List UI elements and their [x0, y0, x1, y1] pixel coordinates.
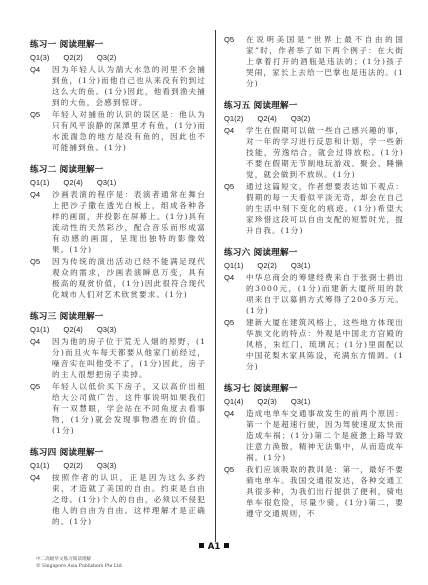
question-label: Q5 [30, 256, 52, 300]
section-title: 练习四 阅读理解一 [30, 446, 206, 458]
mcq-answer: Q3(1) [291, 261, 310, 270]
mcq-answers: Q1(1) Q2(4) Q3(3) [30, 325, 206, 334]
answer-item: Q5 因为传统的演出活动已经不能满足现代观众的需求，沙画表演瞬息万变，具有极高的… [30, 256, 206, 300]
answer-item: Q5 年轻人以低价买下房子，又以高价出租给大公司做广告，这件事说明如果我们有一双… [30, 381, 206, 436]
section-title: 练习一 阅读理解一 [30, 38, 206, 50]
question-label: Q4 [224, 125, 246, 180]
answer-text: 年轻人以低价买下房子，又以高价出租给大公司做广告，这件事说明如果我们有一双慧眼，… [52, 381, 206, 436]
section-title: 练习五 阅读理解一 [224, 99, 404, 111]
mcq-answer: Q3(3) [97, 461, 116, 470]
mcq-answer: Q1(1) [224, 261, 243, 270]
mcq-answer: Q2(4) [63, 178, 82, 187]
exercise-4-continued: Q5 在说明美国是“世界上最不自由的国家”时，作者举了如下两个例子：在大街上拿着… [224, 34, 404, 89]
square-bullet-icon [224, 543, 229, 548]
page-number: A1 [0, 542, 428, 552]
exercise-1: 练习一 阅读理解一 Q1(3) Q2(2) Q3(2) Q4 因为年轻人认为湍大… [30, 38, 206, 153]
question-label: Q5 [30, 381, 52, 436]
mcq-answer: Q2(4) [63, 325, 82, 334]
question-label: Q4 [30, 472, 52, 527]
answer-item: Q4 按照作者的认识，正是因为这么多约束，才造就了美国的自由。约束是自由之母。(… [30, 472, 206, 527]
answer-item: Q5 年轻人对捕鱼的认识的误区是：他认为只有风平浪静的深潭里才有鱼，(1分)而水… [30, 109, 206, 153]
answer-text: 因为传统的演出活动已经不能满足现代观众的需求，沙画表演瞬息万变，具有极高的观赏价… [52, 256, 206, 300]
column-divider [215, 30, 216, 542]
mcq-answers: Q1(3) Q2(2) Q3(2) [30, 53, 206, 62]
mcq-answer: Q1(1) [30, 178, 49, 187]
answer-text: 沙画表演的程序是：表演者通常在舞台上把沙子撒在透光白板上，组成各种各样的画面，并… [52, 189, 206, 255]
mcq-answers: Q1(4) Q2(3) Q3(1) [224, 397, 404, 406]
answer-item: Q4 中华总商会的筹建经费来自于张弼士捐出的3000元，(1分)而建新大厦所用的… [224, 272, 404, 316]
section-title: 练习七 阅读理解一 [224, 382, 404, 394]
book-title: 中二高级华文练习阅读理解 [36, 556, 122, 563]
mcq-answer: Q3(2) [291, 114, 310, 123]
mcq-answer: Q2(2) [257, 261, 276, 270]
mcq-answers: Q1(1) Q2(4) Q3(1) [30, 178, 206, 187]
mcq-answer: Q1(1) [30, 461, 49, 470]
mcq-answer: Q1(3) [30, 53, 49, 62]
answer-text: 通过这篇短文，作者想要表达如下观点：假期的每一天看似平淡无奇，却会在自己的生活中… [246, 181, 404, 236]
mcq-answer: Q2(2) [63, 461, 82, 470]
answer-text: 因为年轻人认为湍大水急的河里不会捕到鱼，(1分)而他自己也从来没有钓到过这么大的… [52, 64, 206, 108]
exercise-3: 练习三 阅读理解一 Q1(1) Q2(4) Q3(3) Q4 因为他的房子位于荒… [30, 310, 206, 436]
section-title: 练习三 阅读理解一 [30, 310, 206, 322]
answer-item: Q4 造成电单车交通事故发生的前两个原因：第一个是超速行驶，因为驾驶速度太快而造… [224, 408, 404, 463]
question-label: Q4 [224, 272, 246, 316]
exercise-6: 练习六 阅读理解一 Q1(1) Q2(2) Q3(1) Q4 中华总商会的筹建经… [224, 246, 404, 372]
answer-text: 我们应该吸取的教训是：第一，最好不要骑电单车。我国交通很发达，各种交通工具很多种… [246, 464, 404, 519]
mcq-answers: Q1(2) Q2(4) Q3(2) [224, 114, 404, 123]
section-title: 练习六 阅读理解一 [224, 246, 404, 258]
answer-item: Q4 因为年轻人认为湍大水急的河里不会捕到鱼，(1分)而他自己也从来没有钓到过这… [30, 64, 206, 108]
question-label: Q4 [224, 408, 246, 463]
answer-item: Q4 因为他的房子位于荒无人烟的原野，(1分)而且火车每天都要从他家门前经过，噪… [30, 336, 206, 380]
section-title: 练习二 阅读理解一 [30, 163, 206, 175]
answer-text: 因为他的房子位于荒无人烟的原野，(1分)而且火车每天都要从他家门前经过，噪音实在… [52, 336, 206, 380]
mcq-answer: Q3(3) [97, 325, 116, 334]
square-bullet-icon [199, 543, 204, 548]
question-label: Q4 [30, 336, 52, 380]
left-column: 练习一 阅读理解一 Q1(3) Q2(2) Q3(2) Q4 因为年轻人认为湍大… [30, 38, 206, 537]
page-number-label: A1 [208, 542, 221, 552]
mcq-answer: Q1(1) [30, 325, 49, 334]
question-label: Q4 [30, 189, 52, 255]
question-label: Q5 [224, 181, 246, 236]
answer-item: Q5 在说明美国是“世界上最不自由的国家”时，作者举了如下两个例子：在大街上拿着… [224, 34, 404, 89]
answer-text: 按照作者的认识，正是因为这么多约束，才造就了美国的自由。约束是自由之母。(1分)… [52, 472, 206, 527]
mcq-answer: Q2(2) [63, 53, 82, 62]
answer-text: 中华总商会的筹建经费来自于张弼士捐出的3000元，(1分)而建新大厦所用的款项来… [246, 272, 404, 316]
answer-text: 在说明美国是“世界上最不自由的国家”时，作者举了如下两个例子：在大街上拿着打开的… [246, 34, 404, 89]
copyright: © Singapore Asia Publishers Pte Ltd [36, 563, 122, 570]
right-column: Q5 在说明美国是“世界上最不自由的国家”时，作者举了如下两个例子：在大街上拿着… [224, 34, 404, 529]
answer-item: Q4 沙画表演的程序是：表演者通常在舞台上把沙子撒在透光白板上，组成各种各样的画… [30, 189, 206, 255]
mcq-answer: Q1(2) [224, 114, 243, 123]
exercise-7: 练习七 阅读理解一 Q1(4) Q2(3) Q3(1) Q4 造成电单车交通事故… [224, 382, 404, 519]
answer-item: Q5 通过这篇短文，作者想要表达如下观点：假期的每一天看似平淡无奇，却会在自己的… [224, 181, 404, 236]
mcq-answer: Q3(1) [97, 178, 116, 187]
footer: 中二高级华文练习阅读理解 © Singapore Asia Publishers… [36, 556, 122, 570]
mcq-answers: Q1(1) Q2(2) Q3(1) [224, 261, 404, 270]
exercise-2: 练习二 阅读理解一 Q1(1) Q2(4) Q3(1) Q4 沙画表演的程序是：… [30, 163, 206, 300]
question-label: Q4 [30, 64, 52, 108]
mcq-answer: Q1(4) [224, 397, 243, 406]
answer-text: 建新大厦在建筑风格上，这些地方体现出华族文化的特点：外观是中国北方宫殿的风格，朱… [246, 317, 404, 372]
question-label: Q5 [224, 317, 246, 372]
answer-item: Q4 学生在假期可以做一些自己感兴趣的事，对一年的学习进行反思和计划，学一些新技… [224, 125, 404, 180]
answer-text: 学生在假期可以做一些自己感兴趣的事，对一年的学习进行反思和计划，学一些新技能，劳… [246, 125, 404, 180]
mcq-answer: Q2(4) [257, 114, 276, 123]
question-label: Q5 [224, 464, 246, 519]
mcq-answer: Q3(2) [97, 53, 116, 62]
exercise-4: 练习四 阅读理解一 Q1(1) Q2(2) Q3(3) Q4 按照作者的认识，正… [30, 446, 206, 527]
mcq-answers: Q1(1) Q2(2) Q3(3) [30, 461, 206, 470]
mcq-answer: Q2(3) [257, 397, 276, 406]
question-label: Q5 [30, 109, 52, 153]
answer-item: Q5 我们应该吸取的教训是：第一，最好不要骑电单车。我国交通很发达，各种交通工具… [224, 464, 404, 519]
question-label: Q5 [224, 34, 246, 89]
answer-item: Q5 建新大厦在建筑风格上，这些地方体现出华族文化的特点：外观是中国北方宫殿的风… [224, 317, 404, 372]
answer-text: 年轻人对捕鱼的认识的误区是：他认为只有风平浪静的深潭里才有鱼，(1分)而水流湍急… [52, 109, 206, 153]
exercise-5: 练习五 阅读理解一 Q1(2) Q2(4) Q3(2) Q4 学生在假期可以做一… [224, 99, 404, 236]
answer-text: 造成电单车交通事故发生的前两个原因：第一个是超速行驶，因为驾驶速度太快而造成车祸… [246, 408, 404, 463]
mcq-answer: Q3(1) [291, 397, 310, 406]
answer-key-page: 练习一 阅读理解一 Q1(3) Q2(2) Q3(2) Q4 因为年轻人认为湍大… [0, 0, 428, 585]
